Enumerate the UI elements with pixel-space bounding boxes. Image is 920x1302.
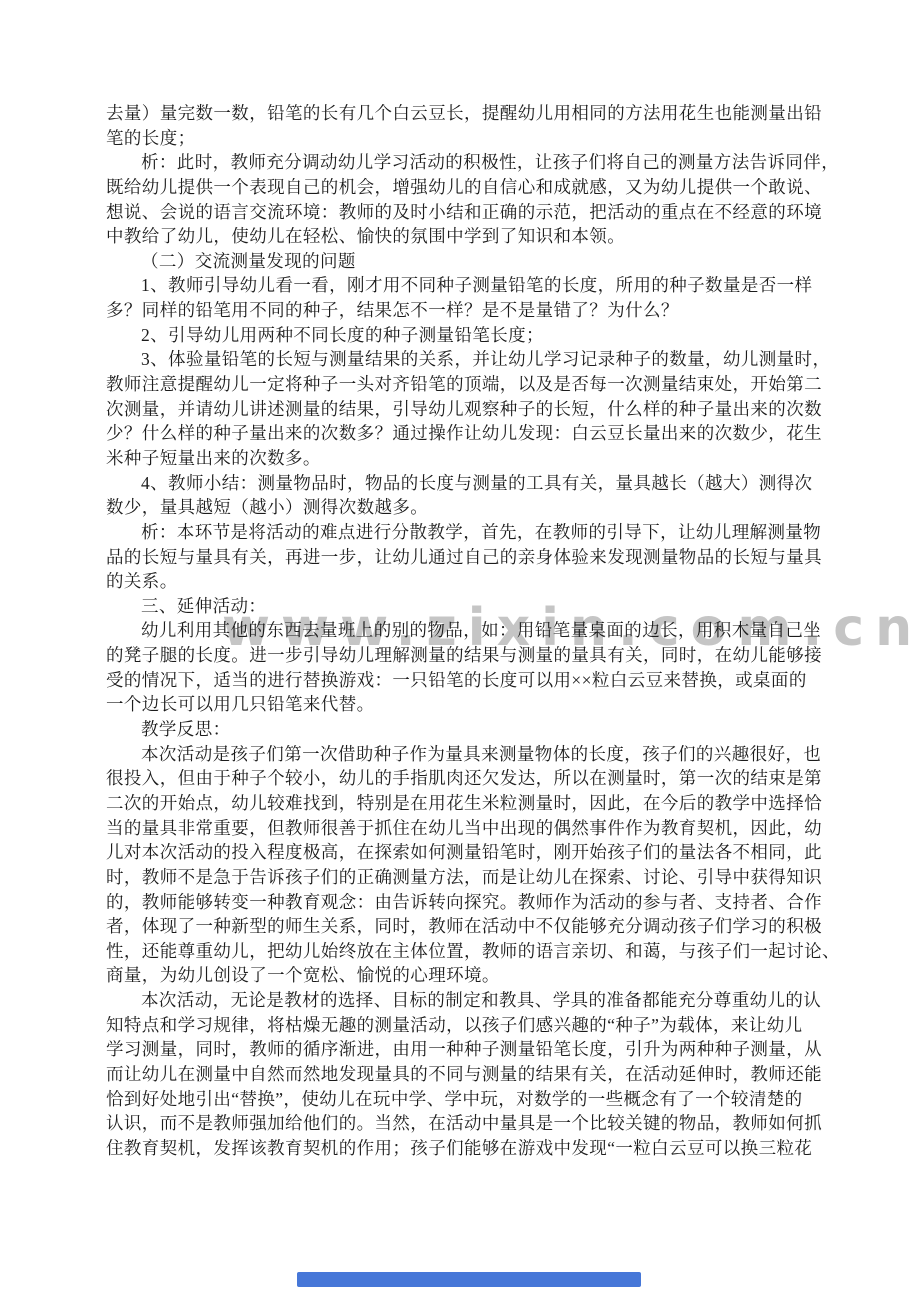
document-page: www.zixin.com.cn 去量）量完数一数，铅笔的长有几个白云豆长，提醒… (0, 0, 920, 1302)
text-line: 一个边长可以用几只铅笔来代替。 (106, 692, 822, 717)
text-line: 数少，量具越短（越小）测得次数越多。 (106, 495, 822, 520)
text-line: 想说、会说的语言交流环境：教师的及时小结和正确的示范，把活动的重点在不经意的环境 (106, 200, 822, 225)
text-line: 性，还能尊重幼儿，把幼儿始终放在主体位置，教师的语言亲切、和蔼，与孩子们一起讨论… (106, 939, 822, 964)
text-line: 3、体验量铅笔的长短与测量结果的关系，并让幼儿学习记录种子的数量，幼儿测量时， (106, 347, 822, 372)
text-line: 住教育契机，发挥该教育契机的作用；孩子们能够在游戏中发现“一粒白云豆可以换三粒花 (106, 1136, 822, 1161)
text-line: 三、延伸活动： (106, 594, 822, 619)
text-line: 的关系。 (106, 569, 822, 594)
text-line: 米种子短量出来的次数多。 (106, 446, 822, 471)
text-line: 本次活动是孩子们第一次借助种子作为量具来测量物体的长度，孩子们的兴趣很好，也 (106, 742, 822, 767)
text-line: （二）交流测量发现的问题 (106, 249, 822, 274)
text-line: 商量，为幼儿创设了一个宽松、愉悦的心理环境。 (106, 963, 822, 988)
text-line: 次测量，并请幼儿讲述测量的结果，引导幼儿观察种子的长短，什么样的种子量出来的次数 (106, 397, 822, 422)
text-line: 既给幼儿提供一个表现自己的机会，增强幼儿的自信心和成就感，又为幼儿提供一个敢说、 (106, 175, 822, 200)
text-line: 知特点和学习规律，将枯燥无趣的测量活动，以孩子们感兴趣的“种子”为载体，来让幼儿 (106, 1013, 822, 1038)
horizontal-scrollbar-thumb[interactable] (297, 1272, 641, 1287)
text-line: 很投入，但由于种子个较小，幼儿的手指肌肉还欠发达，所以在测量时，第一次的结束是第 (106, 766, 822, 791)
text-line: 的凳子腿的长度。进一步引导幼儿理解测量的结果与测量的量具有关，同时，在幼儿能够接 (106, 643, 822, 668)
text-line: 中教给了幼儿，使幼儿在轻松、愉快的氛围中学到了知识和本领。 (106, 224, 822, 249)
text-line: 1、教师引导幼儿看一看，刚才用不同种子测量铅笔的长度，所用的种子数量是否一样 (106, 273, 822, 298)
text-line: 恰到好处地引出“替换”，使幼儿在玩中学、学中玩，对数学的一些概念有了一个较清楚的 (106, 1087, 822, 1112)
text-line: 4、教师小结：测量物品时，物品的长度与测量的工具有关，量具越长（越大）测得次 (106, 471, 822, 496)
text-line: 时，教师不是急于告诉孩子们的正确测量方法，而是让幼儿在探索、讨论、引导中获得知识 (106, 865, 822, 890)
text-line: 当的量具非常重要，但教师很善于抓住在幼儿当中出现的偶然事件作为教育契机，因此，幼 (106, 816, 822, 841)
text-line: 者，体现了一种新型的师生关系，同时，教师在活动中不仅能够充分调动孩子们学习的积极 (106, 914, 822, 939)
text-line: 品的长短与量具有关，再进一步，让幼儿通过自己的亲身体验来发现测量物品的长短与量具 (106, 545, 822, 570)
text-block: 去量）量完数一数，铅笔的长有几个白云豆长，提醒幼儿用相同的方法用花生也能测量出铅… (106, 101, 822, 1161)
text-line: 少？什么样的种子量出来的次数多？通过操作让幼儿发现：白云豆长量出来的次数少，花生 (106, 421, 822, 446)
text-line: 笔的长度； (106, 126, 822, 151)
text-line: 析：此时，教师充分调动幼儿学习活动的积极性，让孩子们将自己的测量方法告诉同伴， (106, 150, 822, 175)
text-line: 的，教师能够转变一种教育观念：由告诉转向探究。教师作为活动的参与者、支持者、合作 (106, 890, 822, 915)
text-line: 析：本环节是将活动的难点进行分散教学，首先，在教师的引导下，让幼儿理解测量物 (106, 520, 822, 545)
text-line: 学习测量，同时，教师的循序渐进，由用一种种子测量铅笔长度，引升为两种种子测量，从 (106, 1037, 822, 1062)
text-line: 幼儿利用其他的东西去量班上的别的物品，如：用铅笔量桌面的边长，用积木量自己坐 (106, 618, 822, 643)
text-line: 本次活动，无论是教材的选择、目标的制定和教具、学具的准备都能充分尊重幼儿的认 (106, 988, 822, 1013)
text-line: 儿对本次活动的投入程度极高，在探索如何测量铅笔时，刚开始孩子们的量法各不相同，此 (106, 840, 822, 865)
text-line: 多？同样的铅笔用不同的种子，结果怎不一样？是不是量错了？为什么？ (106, 298, 822, 323)
text-line: 受的情况下，适当的进行替换游戏：一只铅笔的长度可以用××粒白云豆来替换，或桌面的 (106, 668, 822, 693)
text-line: 认识，而不是教师强加给他们的。当然，在活动中量具是一个比较关键的物品，教师如何抓 (106, 1111, 822, 1136)
text-line: 而让幼儿在测量中自然而然地发现量具的不同与测量的结果有关，在活动延伸时，教师还能 (106, 1062, 822, 1087)
text-line: 2、引导幼儿用两种不同长度的种子测量铅笔长度； (106, 323, 822, 348)
text-line: 教师注意提醒幼儿一定将种子一头对齐铅笔的顶端，以及是否每一次测量结束处，开始第二 (106, 372, 822, 397)
text-line: 去量）量完数一数，铅笔的长有几个白云豆长，提醒幼儿用相同的方法用花生也能测量出铅 (106, 101, 822, 126)
text-line: 教学反思： (106, 717, 822, 742)
text-line: 二次的开始点，幼儿较难找到，特别是在用花生米粒测量时，因此，在今后的教学中选择恰 (106, 791, 822, 816)
